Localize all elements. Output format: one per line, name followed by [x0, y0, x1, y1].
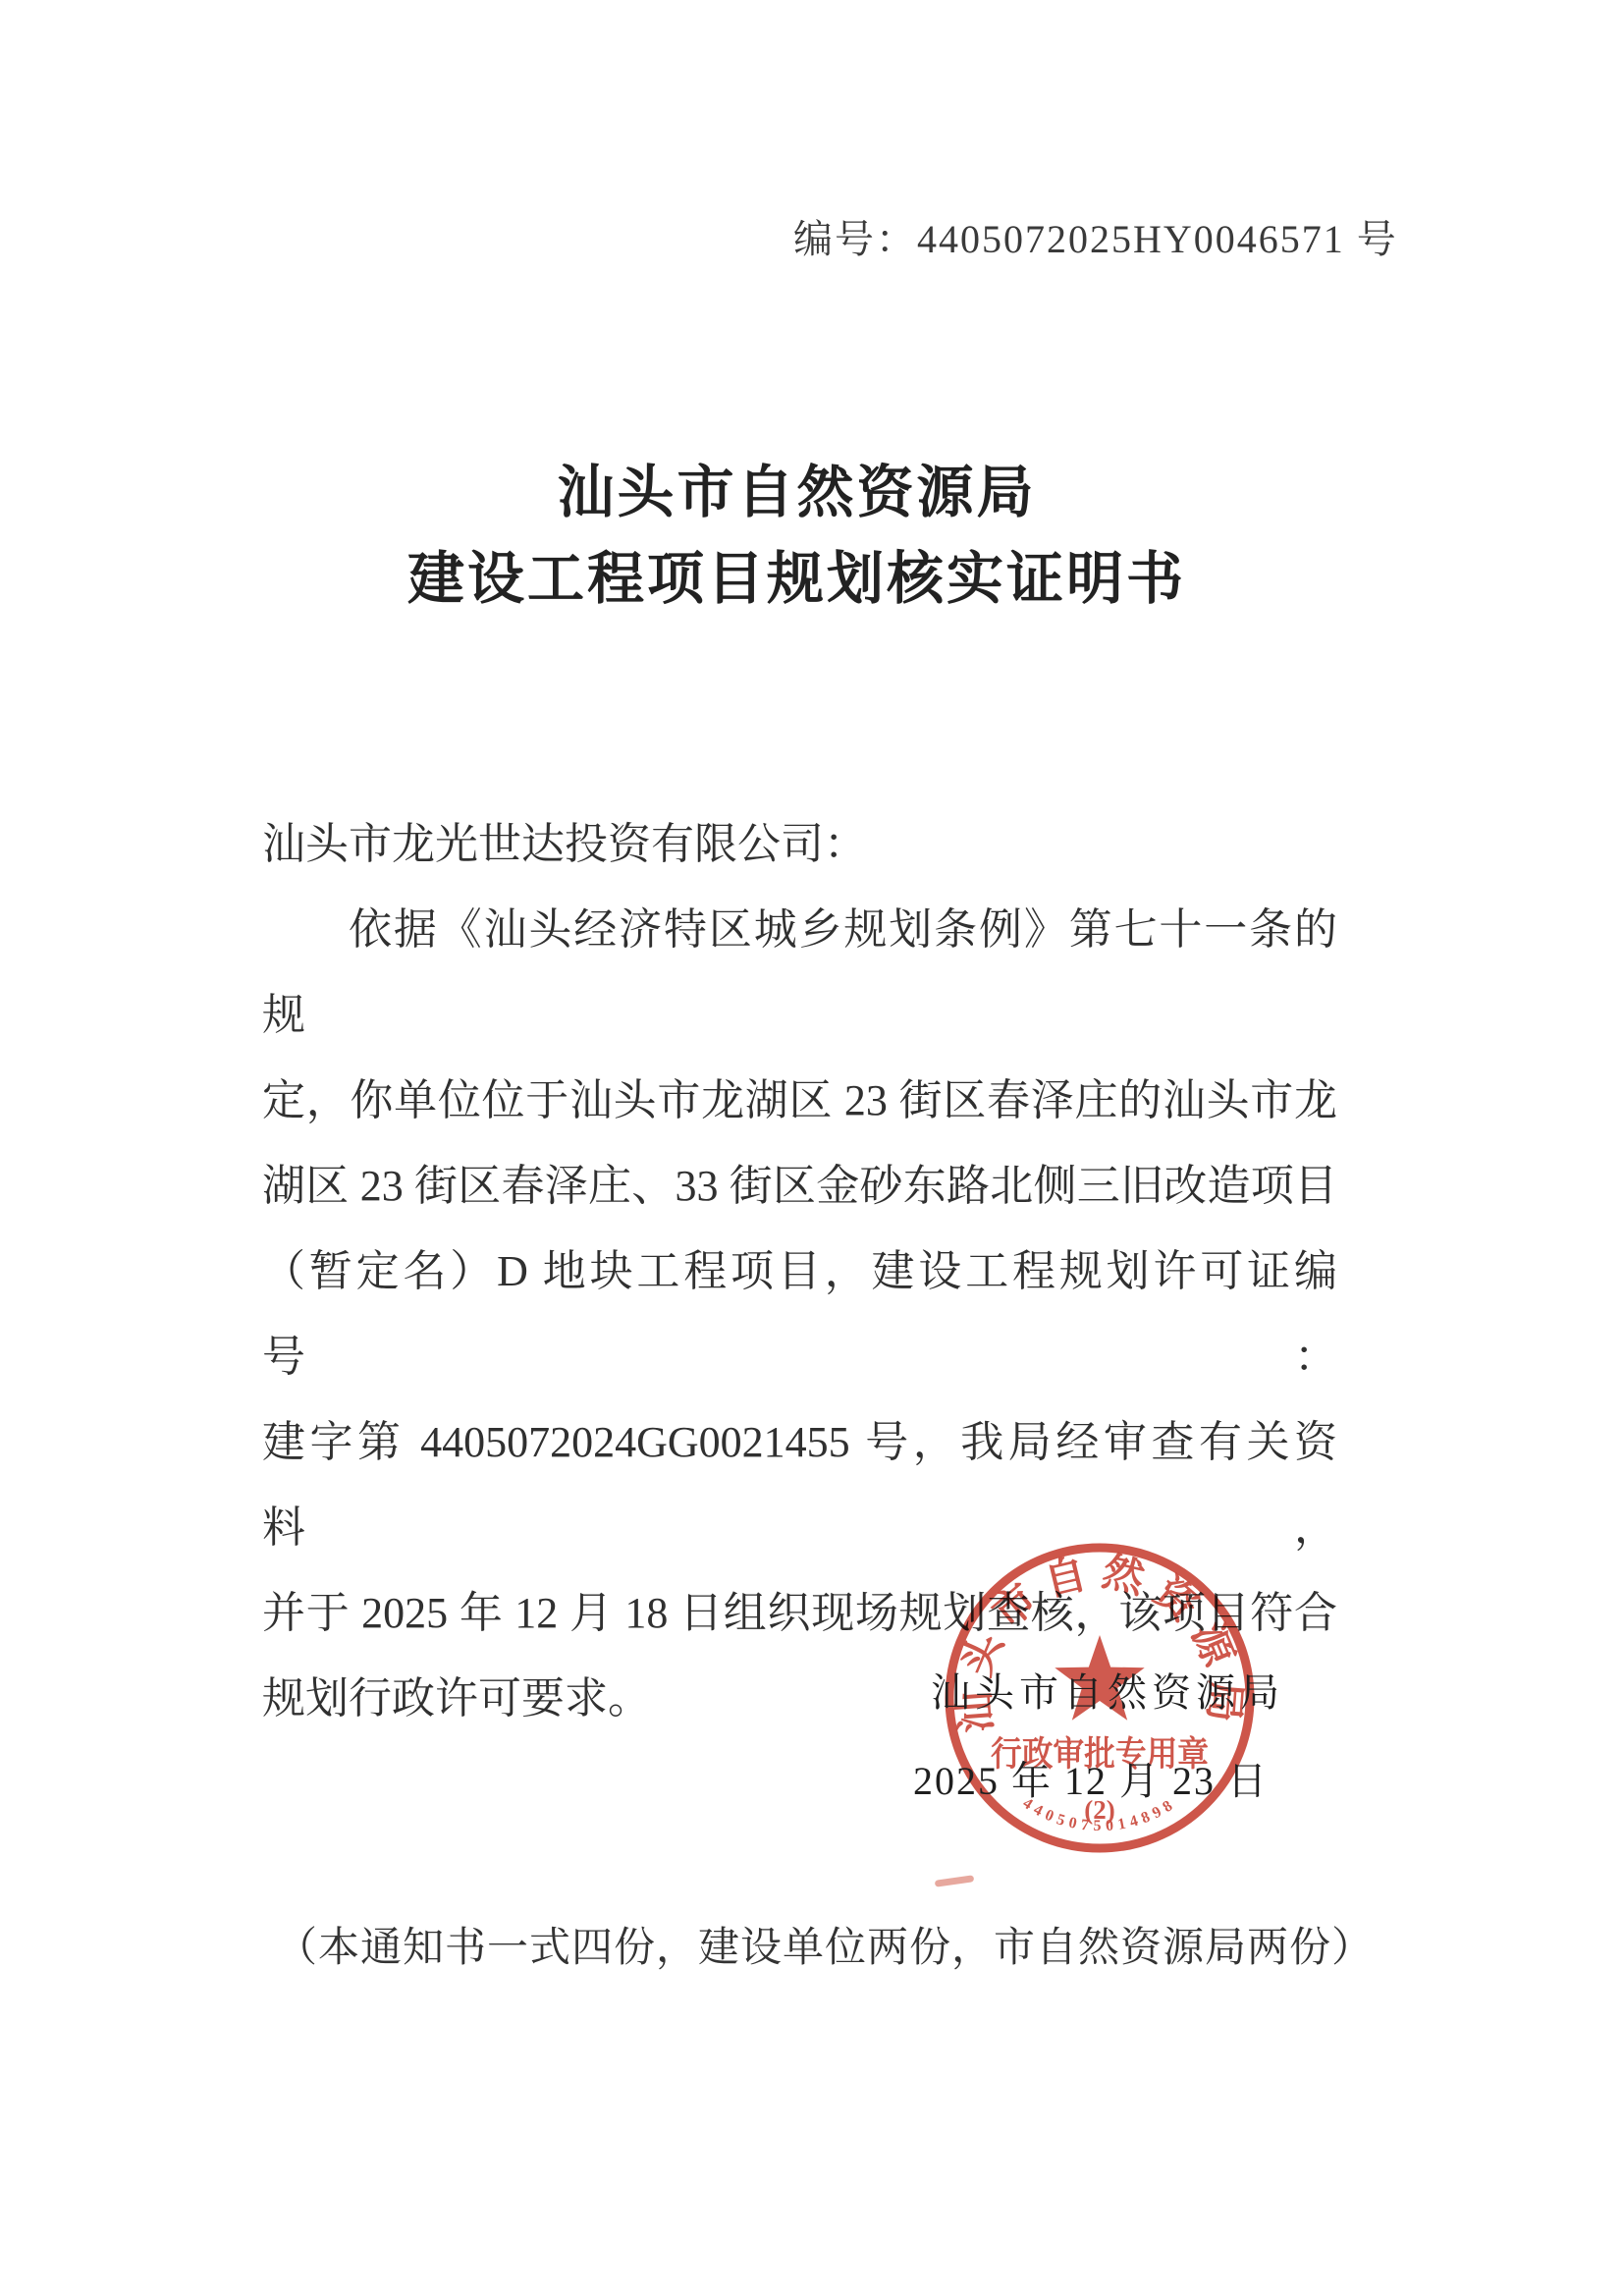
document-number: 编号：4405072025HY0046571 号: [793, 212, 1398, 267]
document-page: 编号：4405072025HY0046571 号 汕头市自然资源局 建设工程项目…: [0, 0, 1623, 2296]
issuer-signature: 汕头市自然资源局: [931, 1669, 1284, 1717]
seal-ink-smudge: [935, 1875, 975, 1886]
document-title: 汕头市自然资源局 建设工程项目规划核实证明书: [0, 450, 1608, 623]
title-line-2: 建设工程项目规划核实证明书: [0, 536, 1608, 623]
body-line: （暂定名）D 地块工程项目，建设工程规划许可证编号：: [262, 1229, 1337, 1399]
body-line: 定，你单位位于汕头市龙湖区 23 街区春泽庄的汕头市龙: [262, 1058, 1337, 1143]
body-line: 湖区 23 街区春泽庄、33 街区金砂东路北侧三旧改造项目: [262, 1143, 1337, 1229]
distribution-footnote: （本通知书一式四份，建设单位两份，市自然资源局两份）: [276, 1923, 1374, 1974]
issue-date: 2025 年 12 月 23 日: [913, 1758, 1269, 1805]
recipient-line: 汕头市龙光世达投资有限公司：: [262, 801, 1337, 887]
body-line: 依据《汕头经济特区城乡规划条例》第七十一条的规: [262, 887, 1337, 1058]
title-line-1: 汕头市自然资源局: [0, 450, 1608, 536]
